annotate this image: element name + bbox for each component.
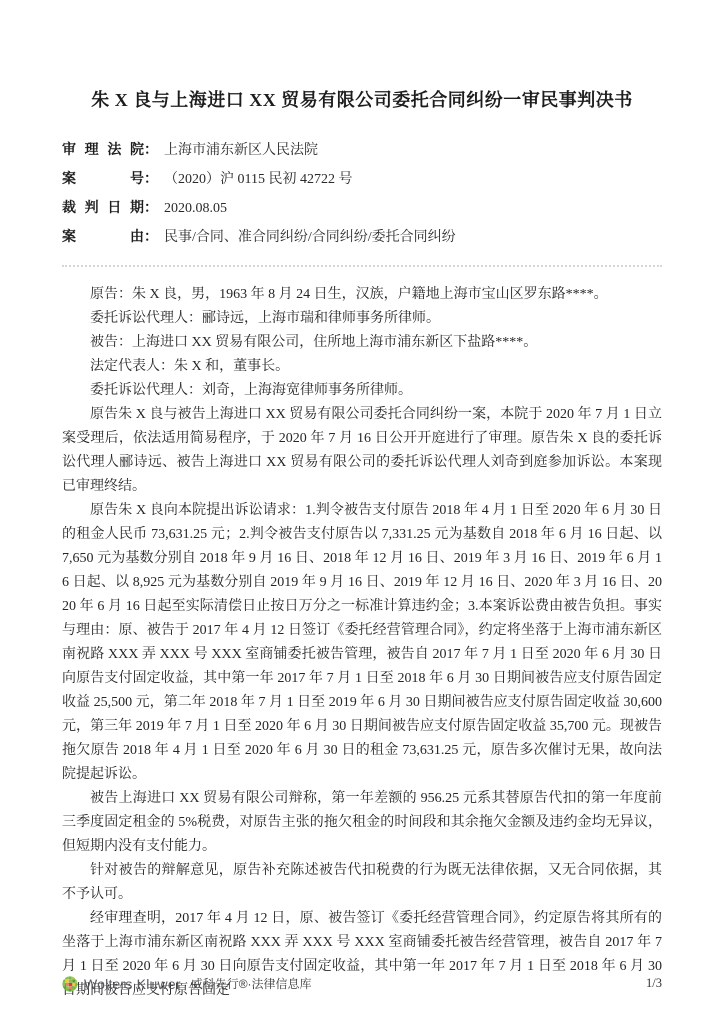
page-title: 朱 X 良与上海进口 XX 贸易有限公司委托合同纠纷一审民事判决书 [62,0,662,112]
wolters-kluwer-brand: Wolters Kluwer 威科先行®·法律信息库 [62,975,312,992]
judgment-document-page: 朱 X 良与上海进口 XX 贸易有限公司委托合同纠纷一审民事判决书 审理法院： … [0,0,724,1024]
meta-colon: ： [144,139,158,159]
document-body: 原告：朱 X 良，男，1963 年 8 月 24 日生，汉族，户籍地上海市宝山区… [62,283,662,1003]
wolters-kluwer-logo-icon [62,976,78,992]
page-footer: Wolters Kluwer 威科先行®·法律信息库 1/3 [62,975,662,992]
meta-row-court: 审理法院： 上海市浦东新区人民法院 [62,139,662,168]
party-line-legal-representative: 法定代表人：朱 X 和，董事长。 [62,355,662,379]
meta-colon: ： [144,226,158,246]
meta-value-case-number: （2020）沪 0115 民初 42722 号 [164,168,352,188]
dotted-divider [62,265,662,267]
meta-label: 案由 [62,226,144,246]
meta-row-case-number: 案号： （2020）沪 0115 民初 42722 号 [62,168,662,197]
case-metadata: 审理法院： 上海市浦东新区人民法院 案号： （2020）沪 0115 民初 42… [62,139,662,255]
meta-label: 裁判日期 [62,197,144,217]
meta-value-judgment-date: 2020.08.05 [164,201,227,217]
party-line-plaintiff-agent: 委托诉讼代理人：郦诗远，上海市瑞和律师事务所律师。 [62,307,662,331]
meta-colon: ： [144,168,158,188]
paragraph-plaintiff-claims: 原告朱 X 良向本院提出诉讼请求：1.判令被告支付原告 2018 年 4 月 1… [62,499,662,787]
page-number: 1/3 [646,976,662,991]
product-name-label: 威科先行®·法律信息库 [191,975,312,992]
meta-label: 审理法院 [62,139,144,159]
meta-value-court: 上海市浦东新区人民法院 [164,139,318,159]
meta-label: 案号 [62,168,144,188]
party-line-defendant-agent: 委托诉讼代理人：刘奇，上海海宽律师事务所律师。 [62,379,662,403]
meta-row-cause-of-action: 案由： 民事/合同、准合同纠纷/合同纠纷/委托合同纠纷 [62,226,662,255]
meta-row-judgment-date: 裁判日期： 2020.08.05 [62,197,662,226]
paragraph-case-acceptance: 原告朱 X 良与被告上海进口 XX 贸易有限公司委托合同纠纷一案，本院于 202… [62,403,662,499]
meta-value-cause-of-action: 民事/合同、准合同纠纷/合同纠纷/委托合同纠纷 [164,226,456,246]
meta-colon: ： [144,197,158,217]
party-line-defendant: 被告：上海进口 XX 贸易有限公司，住所地上海市浦东新区下盐路****。 [62,331,662,355]
paragraph-defendant-defense: 被告上海进口 XX 贸易有限公司辩称，第一年差额的 956.25 元系其替原告代… [62,787,662,859]
wolters-kluwer-wordmark: Wolters Kluwer [84,976,181,992]
party-line-plaintiff: 原告：朱 X 良，男，1963 年 8 月 24 日生，汉族，户籍地上海市宝山区… [62,283,662,307]
paragraph-plaintiff-rebuttal: 针对被告的辩解意见，原告补充陈述被告代扣税费的行为既无法律依据，又无合同依据，其… [62,859,662,907]
